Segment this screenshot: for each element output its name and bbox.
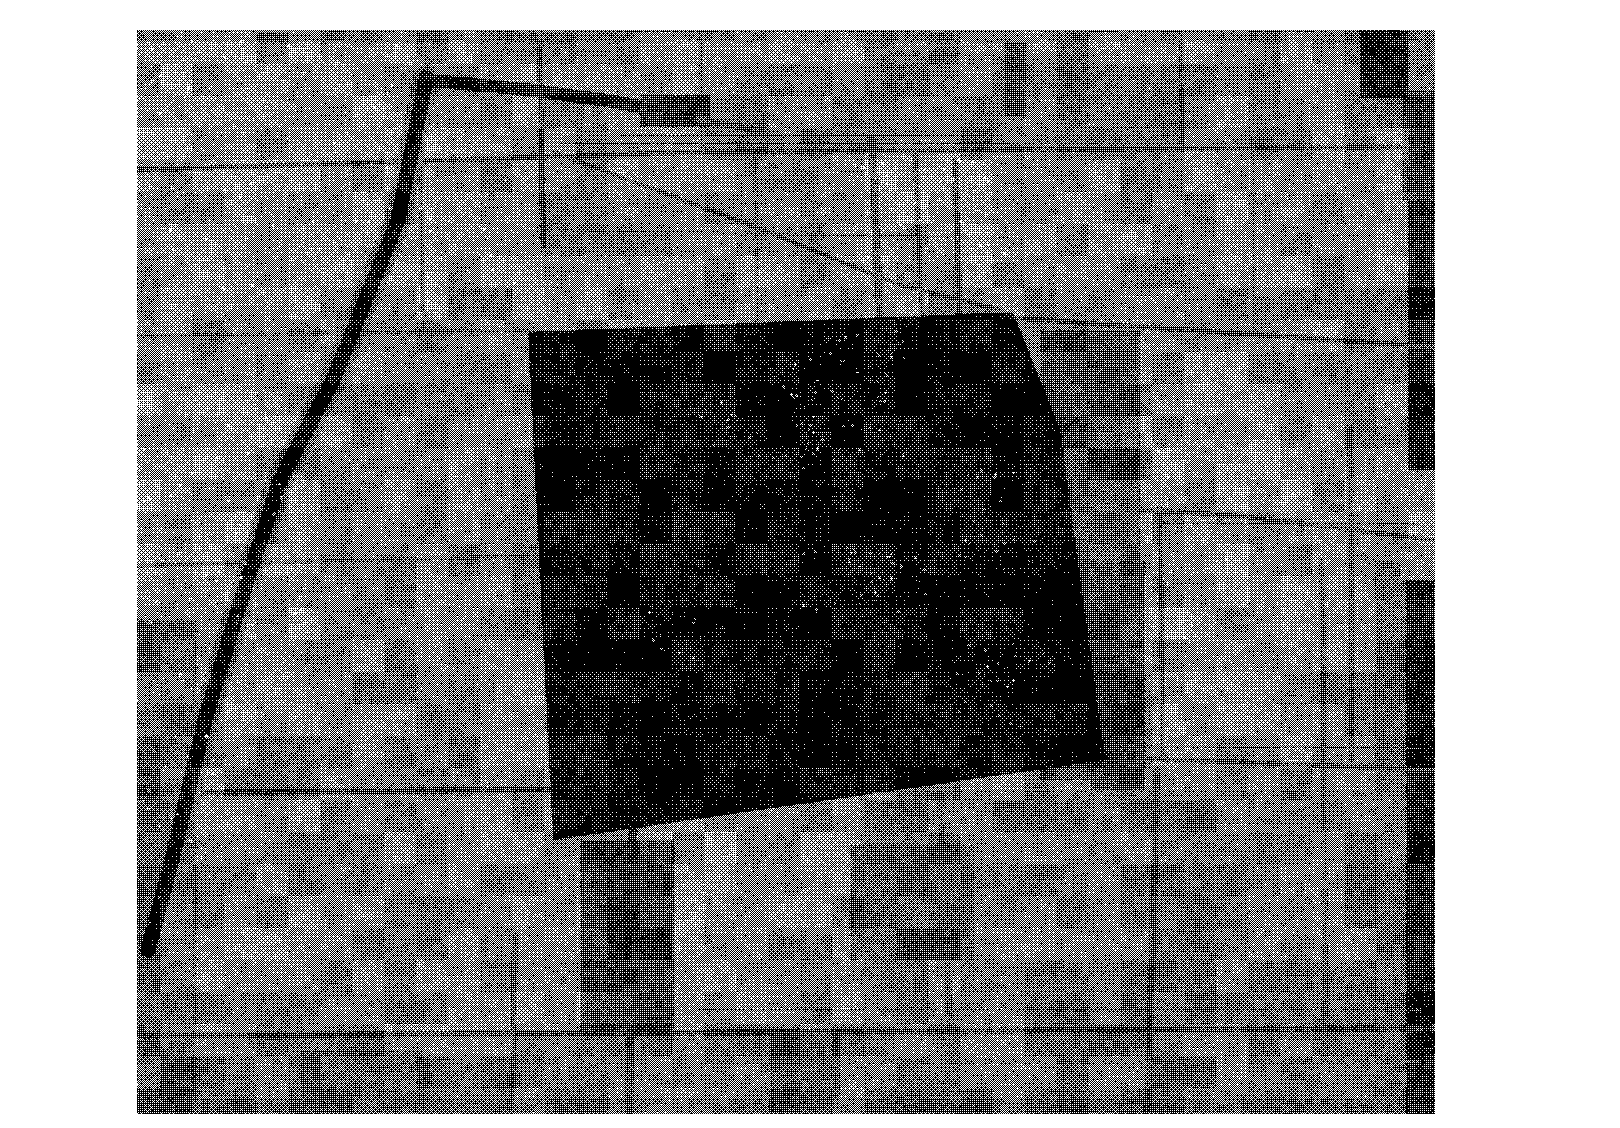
scanned-photograph xyxy=(0,0,1620,1128)
halftone-photo-canvas xyxy=(0,0,1620,1128)
page xyxy=(0,0,1620,1128)
